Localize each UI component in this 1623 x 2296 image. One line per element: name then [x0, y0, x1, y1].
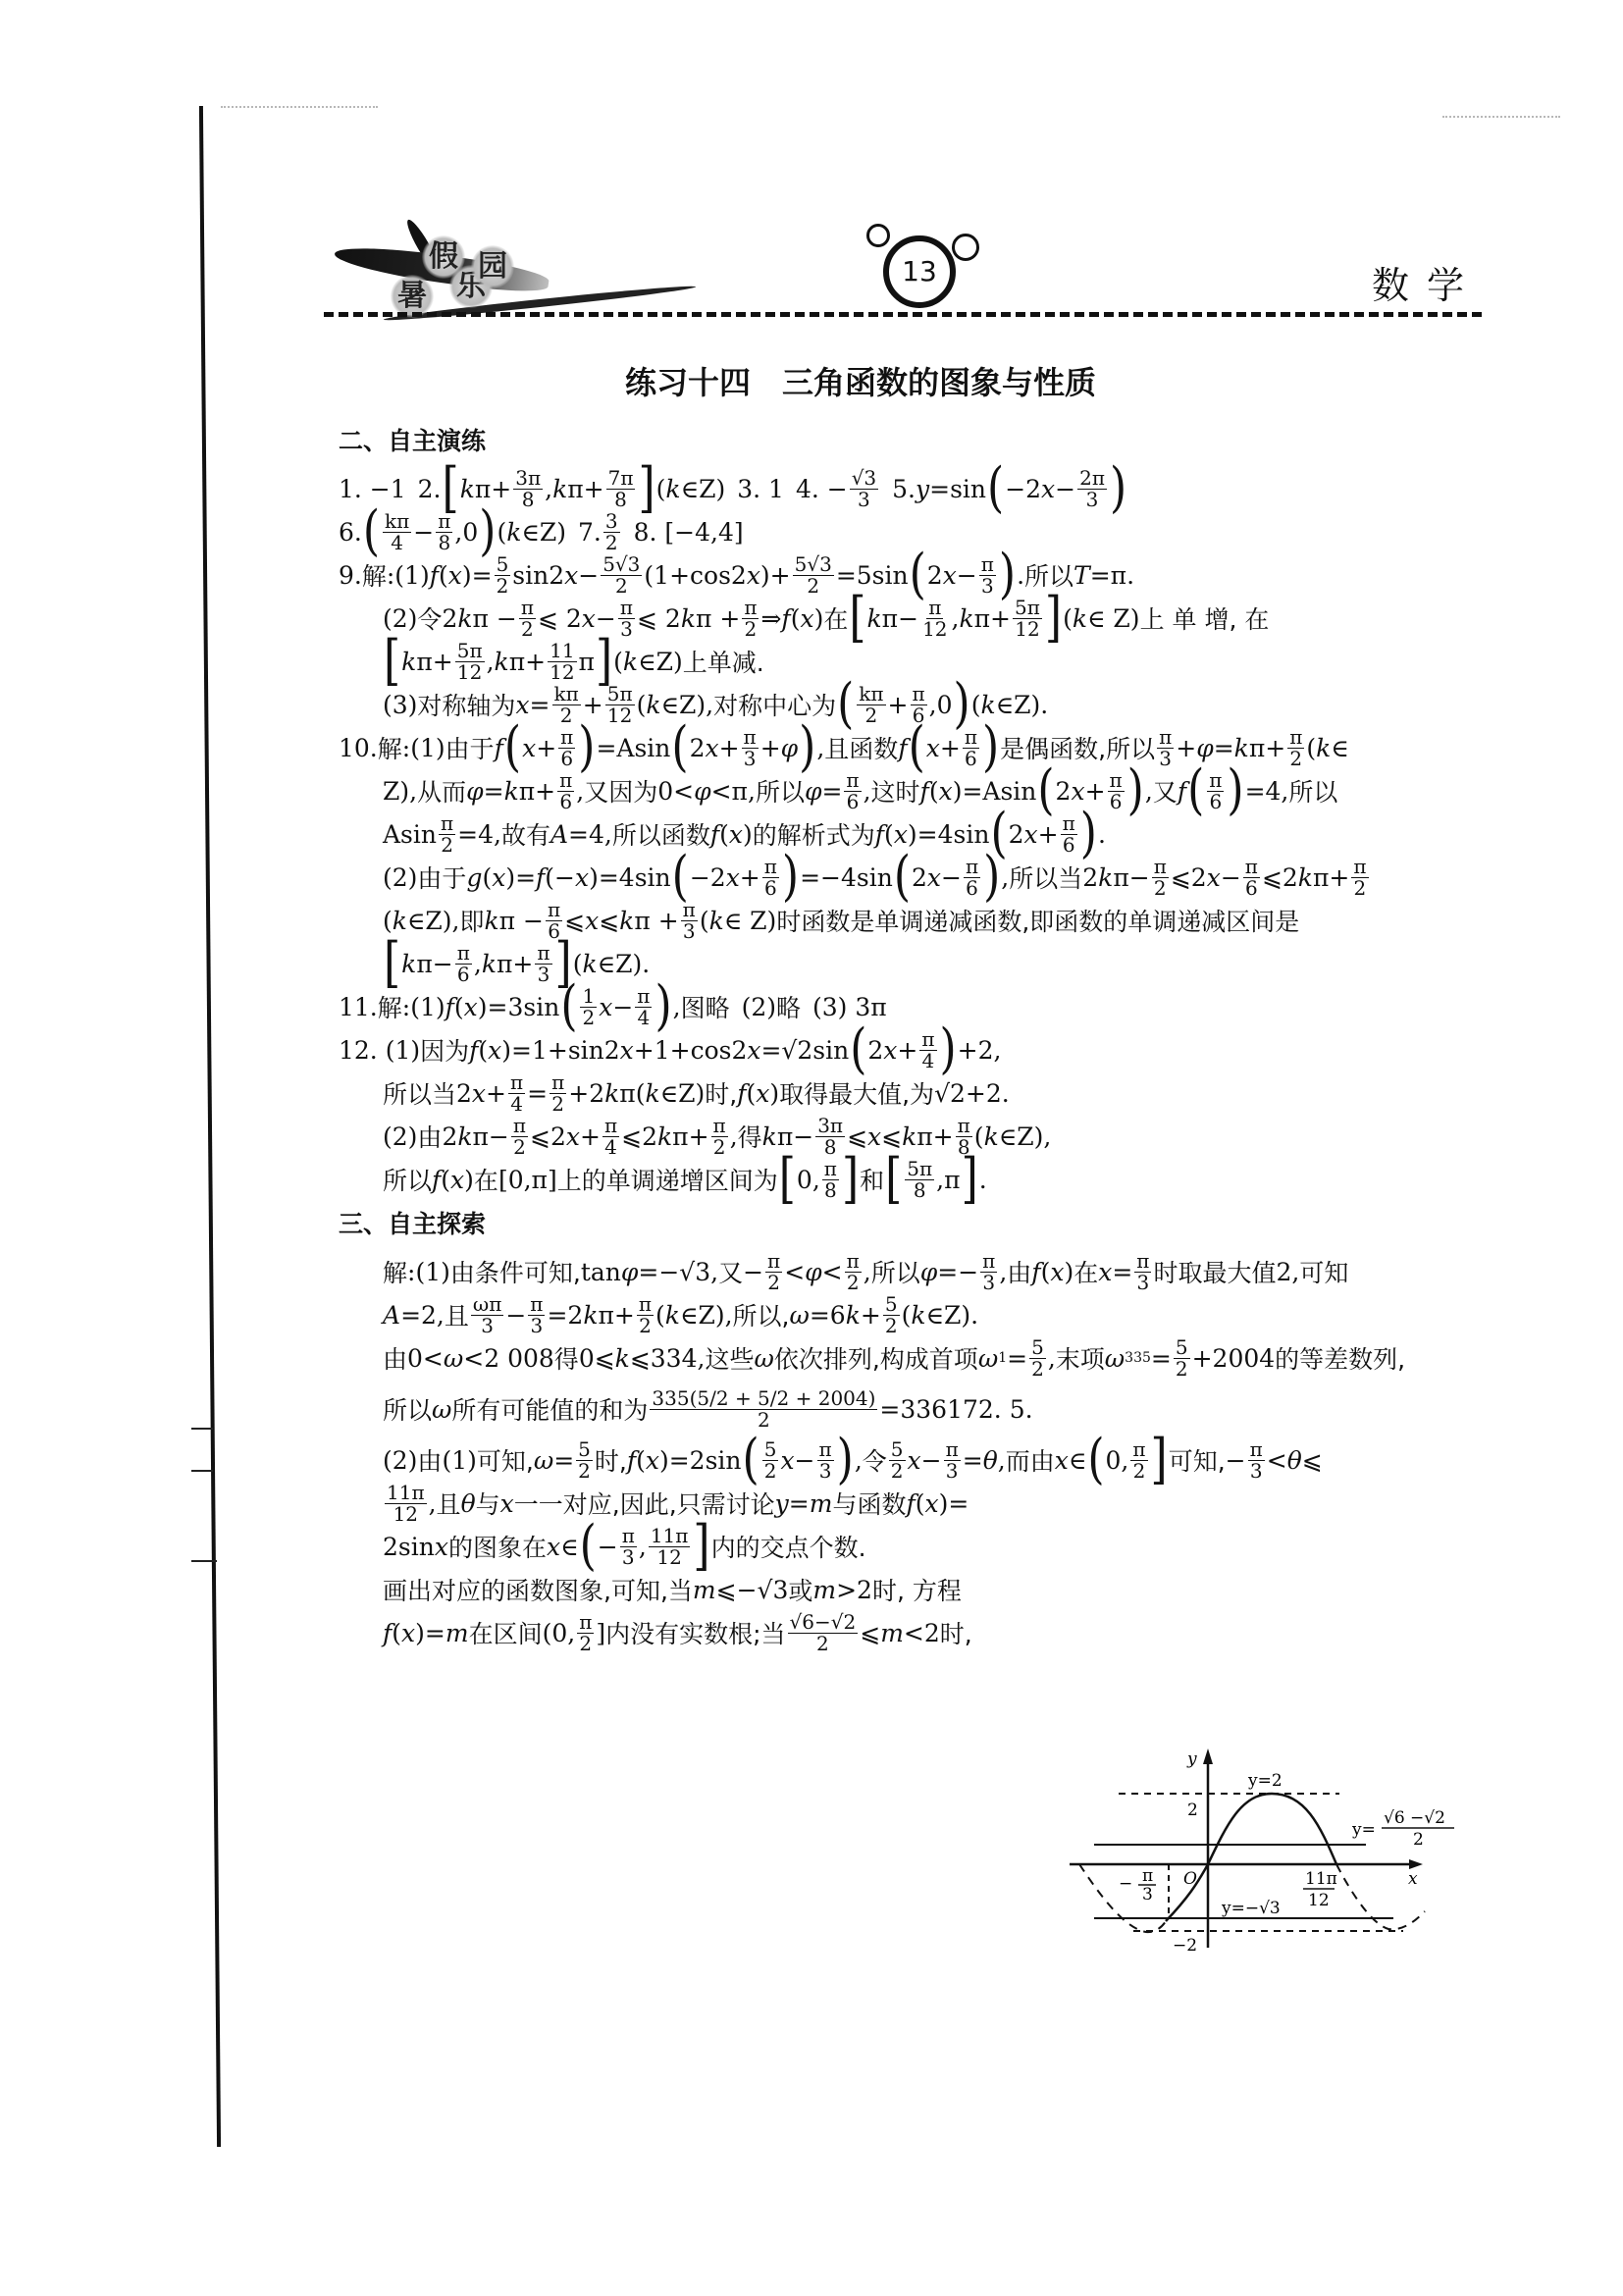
- header-dashed-rule: [324, 312, 1482, 317]
- math-variable: φ: [805, 777, 822, 806]
- math-variable: x: [1041, 475, 1055, 503]
- fraction: π2: [1287, 727, 1304, 769]
- text-run: ,: [487, 648, 495, 676]
- fraction-denominator: 2: [1174, 1359, 1190, 1380]
- text-run: π−: [473, 1122, 509, 1151]
- fraction-numerator: 5√3: [601, 554, 642, 576]
- fraction-denominator: 8: [520, 490, 537, 510]
- math-variable: x: [943, 561, 957, 590]
- math-variable: k: [681, 604, 696, 633]
- text-run: tan: [581, 1258, 621, 1286]
- math-variable: k: [583, 1301, 598, 1330]
- chinese-text: 的图象在: [448, 1529, 547, 1564]
- text-run: 1. −1: [339, 475, 406, 503]
- large-bracket: (: [672, 851, 689, 905]
- fraction-denominator: 3: [618, 619, 635, 640]
- math-variable: f: [906, 1489, 915, 1518]
- math-variable: k: [393, 907, 407, 935]
- text-run: ⩽: [599, 907, 619, 935]
- fraction-denominator: 12: [920, 619, 949, 640]
- text-run: 0<: [657, 777, 694, 806]
- text-run: ⩽ 2: [637, 604, 681, 633]
- fraction: π2: [511, 1116, 528, 1158]
- fraction-numerator: π: [635, 986, 652, 1008]
- fraction-numerator: 5: [883, 1294, 900, 1316]
- math-variable: k: [1298, 863, 1313, 892]
- math-variable: k: [604, 1079, 619, 1108]
- text-run: <: [822, 1258, 843, 1286]
- fraction-numerator: 2π: [1077, 468, 1107, 490]
- math-variable: k: [504, 777, 519, 806]
- text-run: ,: [998, 1446, 1006, 1475]
- fraction: ωπ3: [471, 1294, 503, 1336]
- math-variable: θ: [1287, 1446, 1302, 1475]
- fraction-numerator: √6−√2: [788, 1612, 859, 1634]
- fraction-numerator: π: [762, 857, 779, 878]
- text-run: (: [613, 648, 623, 676]
- large-bracket: (: [850, 1023, 866, 1077]
- text-run: 7.: [578, 518, 602, 547]
- text-run: =π.: [1090, 561, 1134, 590]
- chinese-text: 的解析式为: [753, 816, 875, 852]
- fraction: π2: [1351, 857, 1368, 899]
- text-run: (2): [383, 1122, 417, 1151]
- fraction: 11π12: [385, 1483, 427, 1525]
- large-bracket: ): [1227, 764, 1243, 818]
- math-variable: m: [693, 1576, 716, 1604]
- math-variable: x: [1207, 863, 1221, 892]
- chinese-text: 上的单调递增区间为: [557, 1162, 778, 1197]
- text-run: ): [814, 604, 824, 633]
- math-variable: f: [1178, 777, 1186, 806]
- fraction-denominator: 2: [577, 1634, 594, 1654]
- math-variable: θ: [461, 1489, 476, 1518]
- text-run: )=3sin: [478, 993, 560, 1021]
- fraction-denominator: 6: [455, 965, 472, 985]
- text-run: π+: [1313, 863, 1349, 892]
- fraction: π3: [742, 727, 759, 769]
- text-run: 9.: [339, 561, 362, 590]
- text-run: (: [497, 518, 506, 547]
- chinese-text: 和: [860, 1162, 884, 1197]
- bubble-decoration-icon: [952, 234, 979, 261]
- math-variable: x: [756, 1079, 769, 1108]
- chinese-text: 时,: [595, 1442, 627, 1478]
- page-header: 暑 假 乐 园 13 数学: [324, 196, 1492, 334]
- math-variable: x: [500, 1489, 514, 1518]
- fraction-denominator: 2: [765, 1273, 782, 1293]
- text-run: −: [957, 561, 977, 590]
- text-run: )=: [505, 863, 536, 892]
- text-run: =√2sin: [760, 1036, 849, 1065]
- x-left-numerator: π: [1142, 1866, 1153, 1886]
- math-variable: k: [867, 604, 882, 633]
- answer-line: 1. −12.[kπ+3π8,kπ+7π8](k∈Z)3. 14. −√335.…: [339, 467, 1496, 510]
- math-variable: k: [615, 1344, 630, 1373]
- large-bracket: ): [1110, 462, 1126, 516]
- large-bracket: ): [982, 721, 999, 775]
- math-variable: ω: [432, 1395, 451, 1424]
- fraction-numerator: √3: [850, 468, 878, 490]
- text-run: +2: [568, 1079, 604, 1108]
- text-run: =sin: [929, 475, 986, 503]
- text-run: (: [929, 777, 939, 806]
- math-variable: ω: [1105, 1344, 1125, 1373]
- fraction-numerator: π: [508, 1072, 525, 1094]
- text-run: (: [884, 820, 894, 849]
- fraction-numerator: π: [817, 1439, 834, 1461]
- text-run: 2: [927, 561, 943, 590]
- fraction: 5π12: [455, 641, 485, 683]
- fraction: kπ4: [383, 511, 411, 553]
- math-variable: x: [800, 604, 813, 633]
- scan-noise: [1442, 116, 1560, 120]
- fraction-denominator: 2: [1029, 1359, 1046, 1380]
- chinese-text: 解: [378, 730, 402, 765]
- fraction-numerator: π: [911, 684, 927, 705]
- fraction: π3: [944, 1439, 961, 1482]
- large-bracket: (: [504, 721, 521, 775]
- text-run: +: [940, 734, 961, 762]
- text-run: −: [941, 863, 962, 892]
- fraction: 52: [1174, 1337, 1190, 1380]
- fraction-numerator: 11: [548, 641, 576, 662]
- text-run: (: [746, 1079, 756, 1108]
- text-run: (: [383, 907, 393, 935]
- fraction-denominator: 2: [1352, 878, 1369, 899]
- fraction-numerator: π: [557, 770, 574, 792]
- text-run: π−: [777, 1122, 813, 1151]
- text-run: :(1): [387, 561, 430, 590]
- large-bracket: (: [837, 678, 854, 732]
- text-run: (: [478, 1036, 488, 1065]
- text-run: 2: [456, 1079, 472, 1108]
- fraction: π3: [1248, 1439, 1265, 1482]
- answer-line: A=2,且ωπ3−π3=2kπ+π2(k∈Z),所以,ω=6k+52(k∈Z).: [339, 1293, 1496, 1336]
- math-variable: k: [485, 907, 499, 935]
- large-bracket: ): [479, 505, 496, 559]
- fraction-numerator: 3: [603, 511, 620, 533]
- text-run: 2: [1082, 863, 1098, 892]
- answer-line: 解:(1)由条件可知,tanφ=−√3,又−π2<φ<π2,所以 φ =−π3,…: [339, 1250, 1496, 1293]
- math-variable: f: [430, 561, 439, 590]
- math-variable: k: [1073, 604, 1087, 633]
- large-bracket: [: [384, 937, 400, 991]
- answer-line: f(x)=m 在区间(0,π2]内没有实数根;当√6−√22⩽m<2 时,: [339, 1611, 1496, 1654]
- math-variable: x: [585, 907, 599, 935]
- math-variable: x: [1071, 777, 1084, 806]
- math-variable: f: [875, 820, 884, 849]
- text-run: =: [963, 1446, 983, 1475]
- text-run: ⩽2: [1171, 863, 1207, 892]
- chinese-text: 内的交点个数.: [711, 1529, 866, 1564]
- text-run: 2: [690, 734, 706, 762]
- chinese-text: 这些: [705, 1340, 754, 1376]
- chinese-text: 时,: [940, 1615, 972, 1650]
- text-run: =4,: [1245, 777, 1289, 806]
- text-run: <2: [904, 1619, 940, 1647]
- sine-graph: y x O 2 −2 y=2 y= √6 −√2 2 y=−√3 − π 3 1…: [1070, 1737, 1482, 1972]
- fraction-numerator: 5: [576, 1439, 593, 1461]
- fraction: π2: [550, 1072, 566, 1115]
- text-run: +2,: [958, 1036, 1002, 1065]
- text-run: ∈Z): [681, 475, 726, 503]
- fraction-denominator: 4: [635, 1008, 652, 1028]
- large-bracket: ): [1127, 764, 1144, 818]
- chinese-text: 对称中心为: [713, 687, 836, 722]
- text-run: 2: [867, 1036, 883, 1065]
- text-run: ,π: [936, 1166, 960, 1194]
- text-run: )=: [462, 561, 493, 590]
- text-run: ⇒: [760, 604, 781, 633]
- chinese-text: 又因为: [584, 773, 657, 809]
- margin-tick: [191, 1470, 213, 1472]
- text-run: ⩽2: [621, 1122, 657, 1151]
- fraction-denominator: 2: [519, 619, 536, 640]
- fraction: π2: [742, 598, 759, 640]
- math-variable: k: [646, 691, 660, 719]
- fraction-denominator: 2: [613, 576, 630, 597]
- text-run: =: [821, 777, 842, 806]
- math-variable: x: [705, 734, 718, 762]
- text-run: 2.: [418, 475, 442, 503]
- text-run: +: [1176, 734, 1196, 762]
- text-run: −: [413, 518, 434, 547]
- scan-noise: [221, 106, 378, 110]
- answer-line: 所以 f(x)在[0,π]上的单调递增区间为[0,π8]和[5π8,π].: [339, 1158, 1496, 1201]
- text-run: π +: [696, 604, 740, 633]
- fraction-denominator: 2: [1152, 878, 1169, 899]
- large-bracket: (: [743, 1434, 759, 1487]
- chinese-text: 解: [378, 989, 402, 1024]
- fraction-numerator: π: [1207, 770, 1224, 792]
- x-right-numerator: 11π: [1305, 1869, 1337, 1889]
- large-bracket: (: [1037, 764, 1054, 818]
- chinese-text: 所以: [756, 773, 805, 809]
- text-run: =4,: [457, 820, 501, 849]
- text-run: )=: [415, 1619, 445, 1647]
- x-right-denominator: 12: [1308, 1891, 1330, 1910]
- large-bracket: ): [1080, 808, 1097, 861]
- math-variable: A: [550, 820, 568, 849]
- text-run: π+: [497, 950, 533, 978]
- math-variable: φ: [621, 1258, 639, 1286]
- fraction-numerator: π: [546, 900, 562, 921]
- x-left-denominator: 3: [1142, 1885, 1153, 1905]
- text-run: ,: [864, 777, 871, 806]
- math-variable: k: [457, 1122, 472, 1151]
- fraction-numerator: π: [926, 598, 943, 619]
- math-variable: φ: [466, 777, 484, 806]
- fraction-denominator: 8: [822, 1137, 839, 1158]
- text-run: ∈: [1331, 734, 1349, 762]
- line-mid-denominator: 2: [1413, 1830, 1424, 1850]
- text-run: ∈ Z): [1087, 604, 1140, 633]
- text-run: (−: [545, 863, 575, 892]
- text-run: −: [598, 1533, 618, 1561]
- chinese-text: 由条件可知,: [450, 1254, 581, 1289]
- text-run: >2: [836, 1576, 872, 1604]
- text-run: =: [484, 777, 504, 806]
- text-run: π+: [519, 777, 555, 806]
- text-run: ⩽: [1302, 1446, 1323, 1475]
- math-variable: f: [469, 1036, 478, 1065]
- math-variable: k: [506, 518, 521, 547]
- text-run: π+: [567, 475, 603, 503]
- chinese-text: 由: [417, 1119, 442, 1154]
- text-run: (: [656, 475, 666, 503]
- section-gap: [339, 1654, 1496, 1658]
- text-run: (0,: [543, 1619, 576, 1647]
- fraction-numerator: π: [1061, 813, 1077, 835]
- math-variable: m: [810, 1489, 833, 1518]
- text-run: π+: [475, 475, 511, 503]
- text-run: .: [979, 1166, 987, 1194]
- text-run: −: [596, 604, 616, 633]
- large-bracket: ): [578, 721, 595, 775]
- text-run: (: [655, 1301, 665, 1330]
- fraction-numerator: π: [1157, 727, 1174, 749]
- fraction-denominator: 12: [654, 1547, 683, 1568]
- text-run: (: [637, 691, 647, 719]
- fraction-denominator: 8: [436, 533, 452, 553]
- math-variable: k: [1234, 734, 1249, 762]
- fraction: π2: [1152, 857, 1169, 899]
- text-run: ,: [576, 777, 584, 806]
- fraction-numerator: π: [455, 943, 472, 965]
- math-variable: f: [627, 1446, 636, 1475]
- large-bracket: [: [885, 1153, 902, 1207]
- fraction-numerator: π: [511, 1116, 528, 1137]
- text-run: ∈Z): [521, 518, 566, 547]
- text-run: ⩽334,: [630, 1344, 706, 1373]
- math-variable: x: [435, 1533, 448, 1561]
- fraction-denominator: 2: [576, 1461, 593, 1482]
- text-run: +: [1085, 777, 1106, 806]
- chinese-text: 在: [823, 600, 848, 636]
- chinese-text: 解: [383, 1254, 407, 1289]
- fraction-denominator: 6: [845, 792, 862, 812]
- chinese-text: 得: [554, 1340, 579, 1376]
- text-run: π−: [1113, 863, 1149, 892]
- fraction-numerator: π: [637, 1294, 654, 1316]
- fraction-numerator: π: [1351, 857, 1368, 878]
- fraction: π3: [535, 943, 551, 985]
- fraction: π3: [1157, 727, 1174, 769]
- large-bracket: ]: [1151, 1434, 1168, 1487]
- text-run: Asin: [383, 820, 437, 849]
- chinese-text: 所以: [871, 1254, 920, 1289]
- fraction: π2: [439, 813, 455, 856]
- text-run: 2sin: [383, 1533, 435, 1561]
- fraction: π3: [817, 1439, 834, 1482]
- fraction-denominator: 2: [845, 1273, 862, 1293]
- math-variable: x: [908, 1446, 921, 1475]
- fraction: √33: [850, 468, 878, 510]
- fraction: π3: [528, 1294, 545, 1336]
- fraction-numerator: π: [618, 598, 635, 619]
- fraction-denominator: 4: [508, 1094, 525, 1115]
- fraction: 1112: [548, 641, 576, 683]
- chinese-text: 令: [417, 600, 442, 636]
- text-run: =: [530, 691, 550, 719]
- math-variable: k: [460, 475, 475, 503]
- x-axis-arrow-icon: [1409, 1859, 1423, 1869]
- math-variable: T: [1073, 561, 1090, 590]
- math-variable: f: [710, 820, 719, 849]
- fraction-numerator: π: [944, 1439, 961, 1461]
- fraction: π3: [1134, 1251, 1151, 1293]
- text-run: π −: [499, 907, 544, 935]
- fraction-numerator: 11π: [385, 1483, 427, 1504]
- fraction-numerator: 11π: [649, 1526, 691, 1547]
- math-variable: f: [536, 863, 545, 892]
- text-run: )+: [760, 561, 791, 590]
- chinese-text: 由: [383, 1340, 407, 1376]
- text-run: +: [861, 1301, 881, 1330]
- fraction: kπ2: [552, 684, 581, 726]
- fraction-numerator: 5: [762, 1439, 779, 1461]
- text-run: <: [784, 1258, 805, 1286]
- math-variable: f: [432, 1166, 441, 1194]
- math-variable: ω: [444, 1344, 463, 1373]
- fraction: 52: [495, 554, 511, 597]
- text-run: (: [971, 691, 981, 719]
- subject-label: 数学: [1372, 255, 1482, 309]
- math-variable: k: [984, 1122, 999, 1151]
- text-run: ∈Z).: [598, 950, 651, 978]
- answer-line: [kπ+5π12, kπ+1112π](k∈Z)上单减.: [339, 640, 1496, 683]
- fraction-denominator: 6: [558, 749, 575, 769]
- text-run: =Asin: [596, 734, 670, 762]
- large-bracket: (: [671, 721, 688, 775]
- chinese-text: 所以函数: [612, 816, 710, 852]
- text-run: (: [482, 863, 492, 892]
- text-run: −: [612, 993, 633, 1021]
- chinese-text: 在: [1073, 1254, 1098, 1289]
- chinese-text: 且: [445, 1297, 469, 1332]
- fraction-numerator: π: [919, 1029, 936, 1051]
- fraction-numerator: π: [519, 598, 536, 619]
- math-variable: x: [566, 1122, 580, 1151]
- fraction-numerator: π: [1134, 1251, 1151, 1273]
- answer-content: 二、自主演练1. −12.[kπ+3π8,kπ+7π8](k∈Z)3. 14. …: [339, 422, 1496, 1658]
- math-variable: ω: [754, 1344, 773, 1373]
- text-run: +: [897, 1036, 917, 1065]
- fraction: 335(5/2 + 5/2 + 2004)2: [650, 1388, 877, 1431]
- math-variable: y: [916, 475, 929, 503]
- fraction-denominator: 12: [455, 662, 484, 683]
- large-bracket: (: [1087, 1434, 1104, 1487]
- fraction-numerator: kπ: [383, 511, 411, 533]
- chinese-text: 解: [362, 557, 387, 593]
- chinese-text: 可知,: [1169, 1442, 1226, 1478]
- text-run: 12. (1): [339, 1036, 420, 1065]
- text-run: )=4sin: [589, 863, 671, 892]
- fraction-denominator: 6: [762, 878, 779, 899]
- fraction-numerator: 5π: [455, 641, 485, 662]
- chinese-text: 得: [738, 1119, 762, 1154]
- text-run: )=2sin: [659, 1446, 742, 1475]
- chinese-text: 这时: [871, 773, 920, 809]
- fraction-numerator: π: [711, 1116, 728, 1137]
- fraction: π3: [618, 598, 635, 640]
- text-run: (: [441, 1166, 450, 1194]
- chinese-text: 可知: [1299, 1254, 1348, 1289]
- fraction-numerator: 7π: [606, 468, 636, 490]
- text-run: (: [1063, 604, 1073, 633]
- math-variable: x: [620, 1036, 634, 1065]
